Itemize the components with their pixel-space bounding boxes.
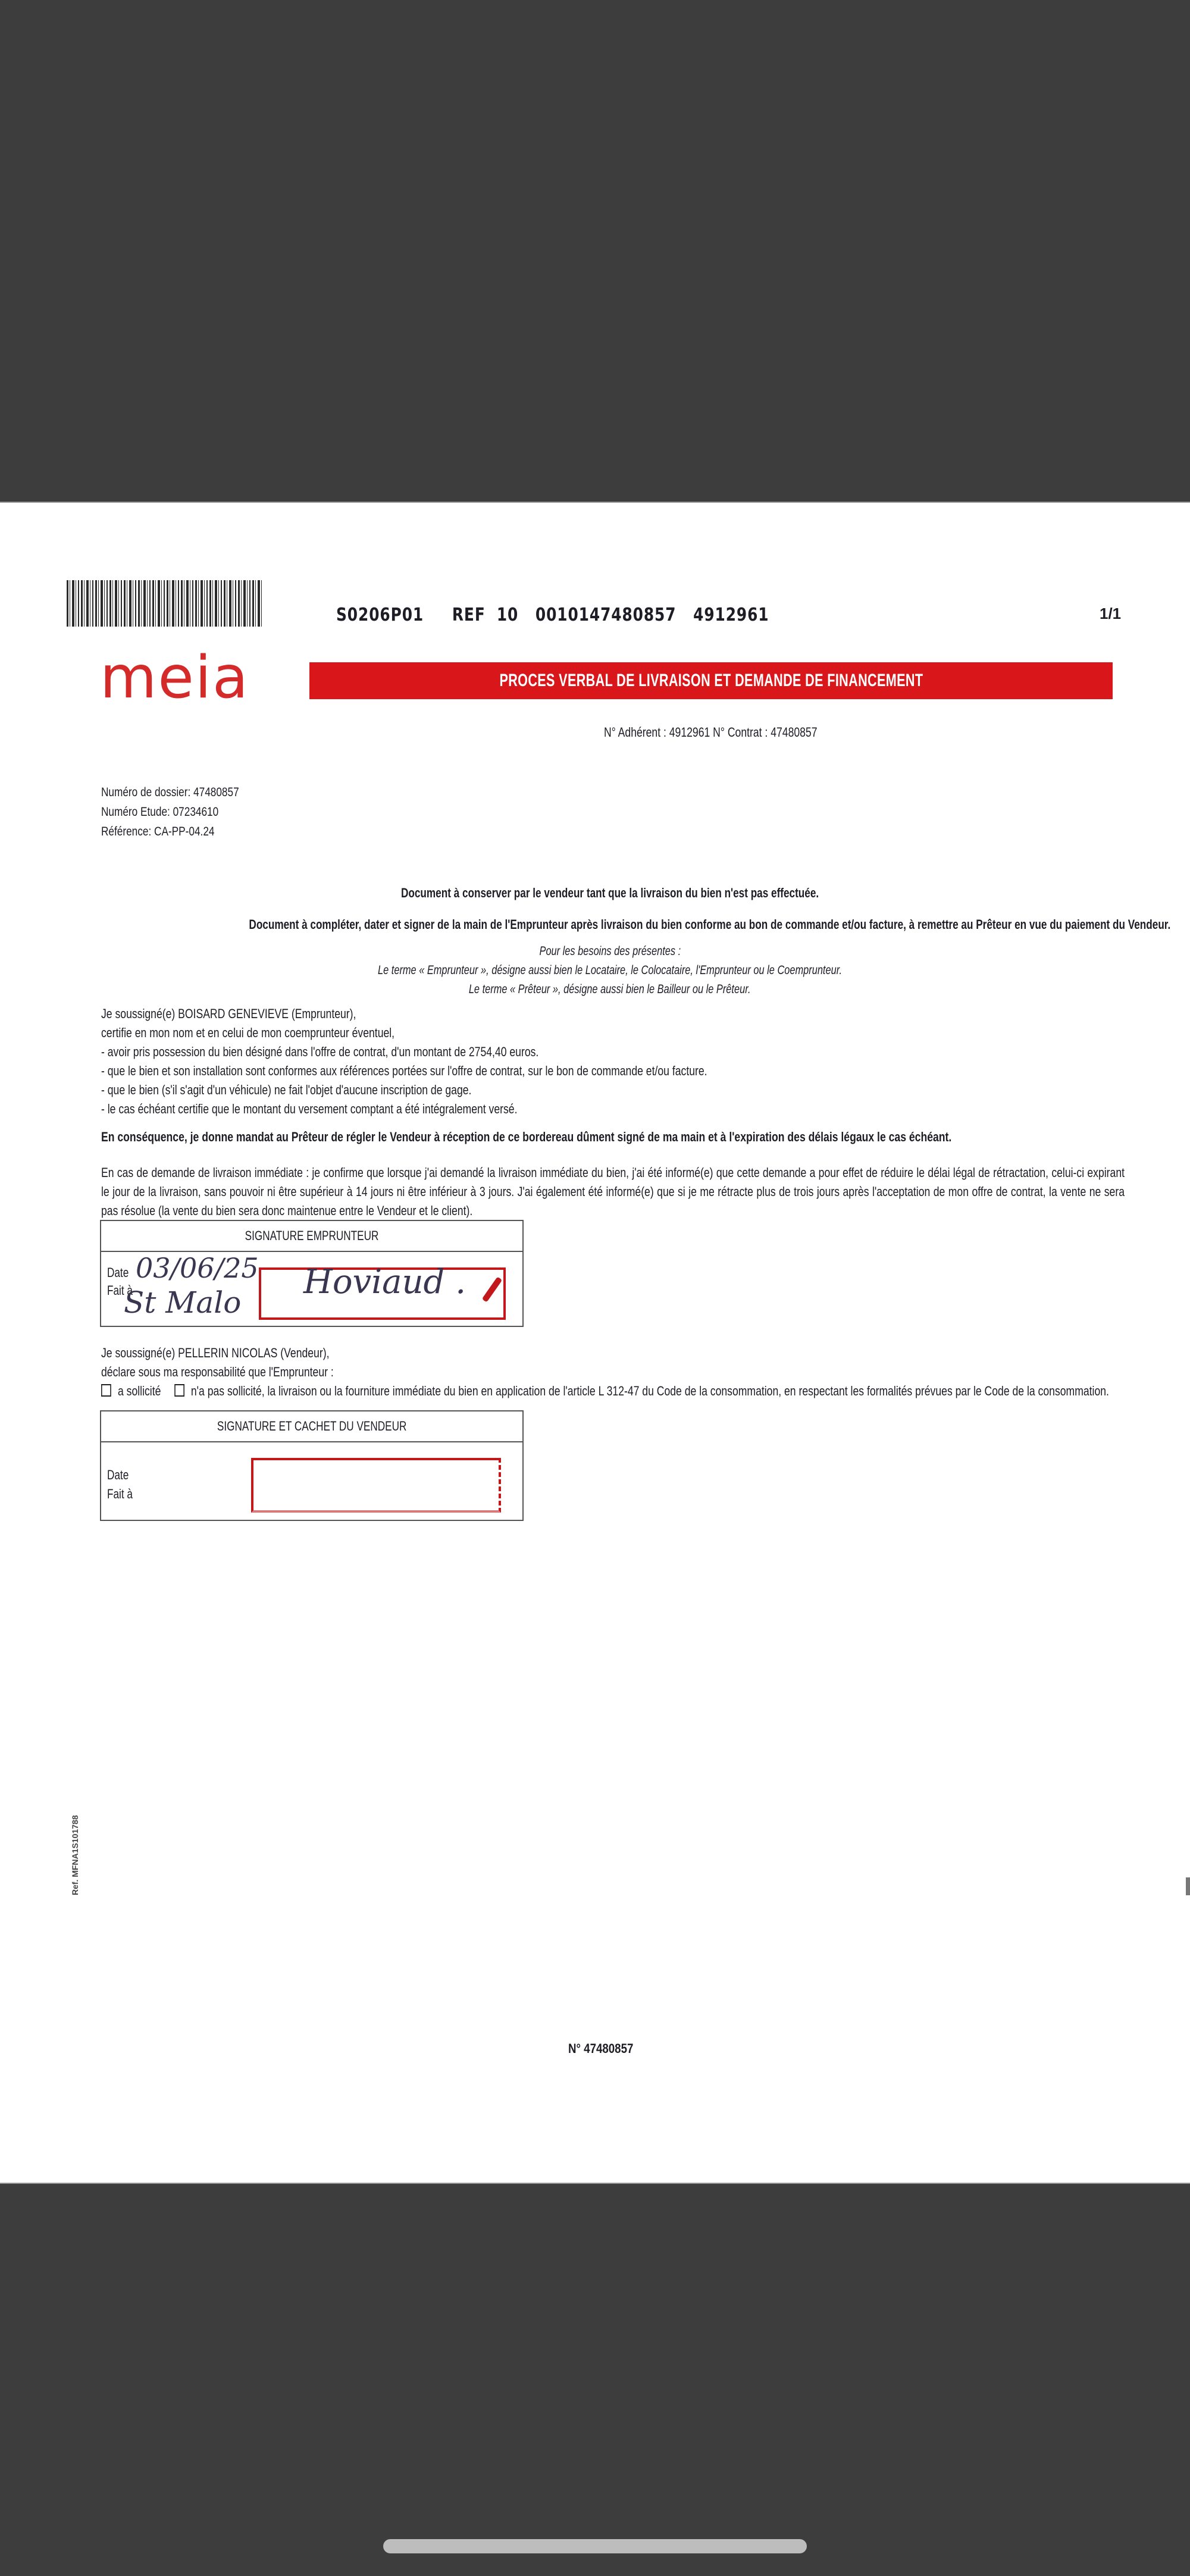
document-page: S0206P01 REF 10 0010147480857 4912961 1/… (0, 502, 1190, 2184)
mandate-text: En conséquence, je donne mandat au Prête… (101, 1129, 951, 1145)
vendor-place-label: Fait à (107, 1486, 133, 1502)
option-solicited-label: a sollicité (118, 1384, 161, 1398)
statement-item: - que le bien et son installation sont c… (101, 1062, 707, 1081)
side-reference-code: Ref. MFNA1S101788 (70, 1815, 80, 1895)
home-indicator[interactable] (383, 2539, 807, 2553)
borrower-signature-title: SIGNATURE EMPRUNTEUR (245, 1228, 379, 1244)
vendor-signature-box: SIGNATURE ET CACHET DU VENDEUR Date Fait… (100, 1410, 524, 1521)
etude-number: Numéro Etude: 07234610 (101, 802, 239, 822)
notice-complete: Document à compléter, dater et signer de… (119, 917, 1101, 932)
dossier-number: Numéro de dossier: 47480857 (101, 782, 239, 802)
statement-item: - le cas échéant certifie que le montant… (101, 1100, 707, 1119)
barcode-icon (67, 580, 263, 627)
adherent-contract-numbers: N° Adhérent : 4912961 N° Contrat : 47480… (604, 725, 818, 740)
place-field[interactable]: St Malo (124, 1285, 241, 1320)
checkbox-not-solicited[interactable] (174, 1384, 184, 1397)
title-banner: PROCES VERBAL DE LIVRAISON ET DEMANDE DE… (309, 662, 1113, 699)
date-label: Date (107, 1265, 129, 1281)
reference-line: S0206P01 REF 10 0010147480857 4912961 (336, 605, 769, 625)
borrower-signature-box: SIGNATURE EMPRUNTEUR Date Fait à 03/06/2… (100, 1220, 524, 1327)
page-indicator: 1/1 (1100, 605, 1121, 623)
reference: Référence: CA-PP-04.24 (101, 822, 239, 841)
notice-conserve: Document à conserver par le vendeur tant… (119, 885, 1101, 901)
option-not-solicited-label: n'a pas sollicité, la livraison ou la fo… (191, 1384, 1109, 1398)
checkbox-solicited[interactable] (101, 1384, 111, 1397)
definitions: Pour les besoins des présentes : Le term… (119, 942, 1101, 999)
vendor-statement: Je soussigné(e) PELLERIN NICOLAS (Vendeu… (101, 1344, 1109, 1401)
immediate-delivery-text: En cas de demande de livraison immédiate… (101, 1163, 1125, 1220)
meia-logo: meia (100, 649, 249, 707)
date-field[interactable]: 03/06/25 (136, 1252, 259, 1284)
dossier-meta: Numéro de dossier: 47480857 Numéro Etude… (101, 782, 239, 841)
statement-item: - que le bien (s'il s'agit d'un véhicule… (101, 1081, 707, 1100)
document-title: PROCES VERBAL DE LIVRAISON ET DEMANDE DE… (499, 671, 923, 691)
vendor-signature-frame[interactable] (251, 1458, 501, 1513)
vendor-signature-title: SIGNATURE ET CACHET DU VENDEUR (217, 1419, 406, 1434)
footer-number: N° 47480857 (568, 2041, 633, 2057)
vendor-date-label: Date (107, 1467, 129, 1483)
statement-item: - avoir pris possession du bien désigné … (101, 1043, 707, 1062)
edge-mark (1186, 1877, 1190, 1895)
borrower-statement: Je soussigné(e) BOISARD GENEVIEVE (Empru… (101, 1004, 707, 1119)
borrower-signature: Hoviaud . (303, 1263, 466, 1301)
